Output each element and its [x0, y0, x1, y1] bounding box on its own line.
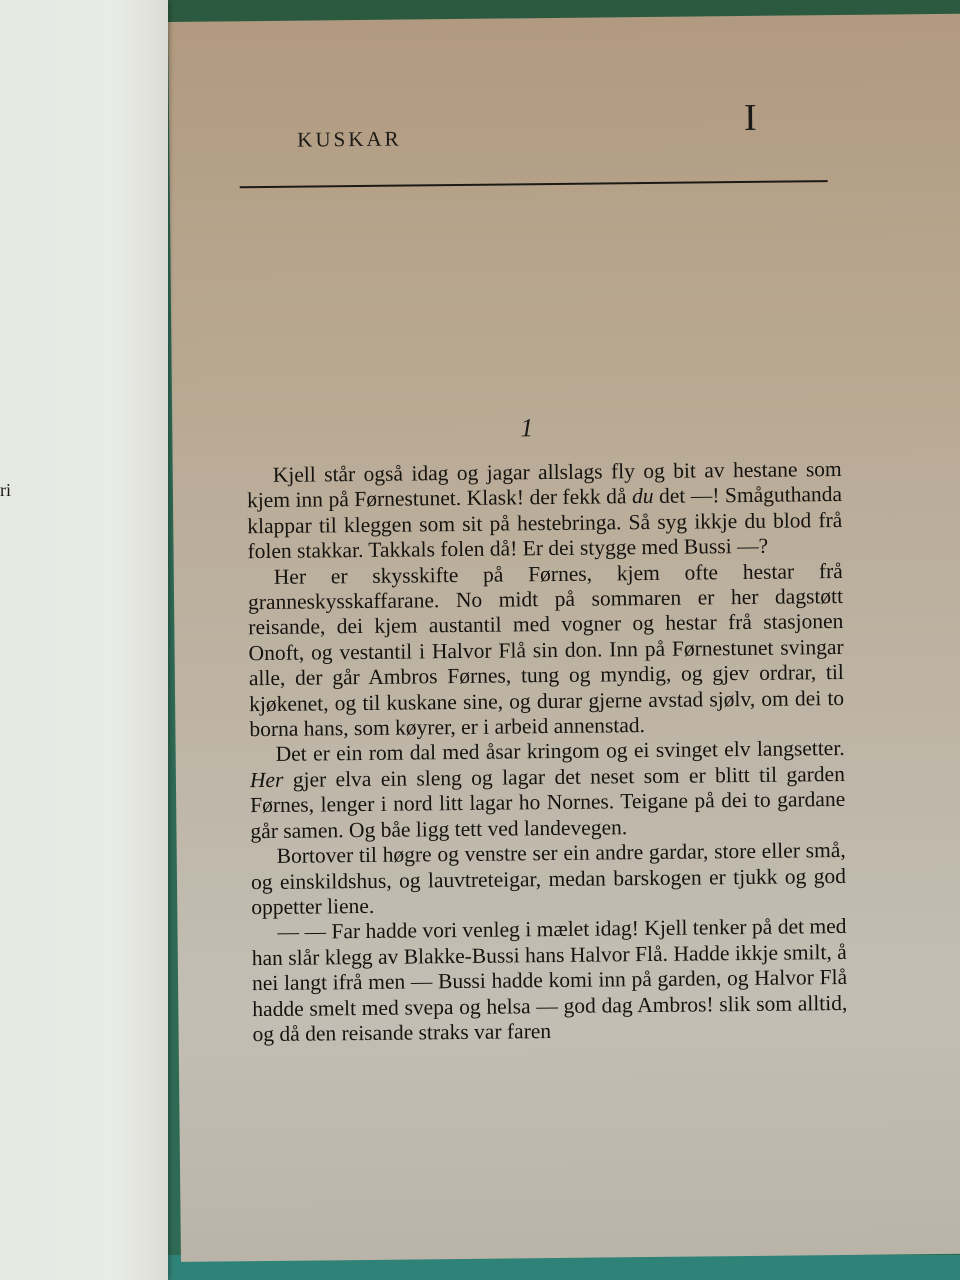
- chapter-number: 1: [520, 413, 533, 443]
- right-page: KUSKAR I 1 Kjell står også idag og jagar…: [168, 14, 960, 1262]
- paragraph-text: — — Far hadde vori venleg i mælet idag! …: [252, 914, 848, 1046]
- italic-emphasis: du: [632, 484, 654, 508]
- running-head: KUSKAR: [297, 127, 402, 153]
- paragraph-1: Kjell står også idag og jagar allslags f…: [247, 457, 843, 565]
- paragraph-5: — — Far hadde vori venleg i mælet idag! …: [251, 914, 847, 1047]
- part-numeral: I: [744, 96, 757, 140]
- paragraph-3: Det er ein rom dal med åsar kringom og e…: [250, 736, 846, 844]
- paragraph-4: Bortover til høgre og venstre ser ein an…: [251, 838, 847, 920]
- body-text: Kjell står også idag og jagar allslags f…: [247, 457, 848, 1048]
- left-page: ri: [0, 0, 168, 1280]
- paragraph-2: Her er skysskifte på Førnes, kjem ofte h…: [248, 559, 845, 743]
- paragraph-text: gjer elva ein sleng og lagar det neset s…: [250, 762, 845, 843]
- left-page-text-fragment: ri: [0, 480, 11, 501]
- italic-emphasis: Her: [250, 768, 284, 792]
- paragraph-text: Her er skysskifte på Førnes, kjem ofte h…: [248, 559, 844, 742]
- header-rule: [240, 180, 828, 188]
- paragraph-text: Bortover til høgre og venstre ser ein an…: [251, 838, 846, 919]
